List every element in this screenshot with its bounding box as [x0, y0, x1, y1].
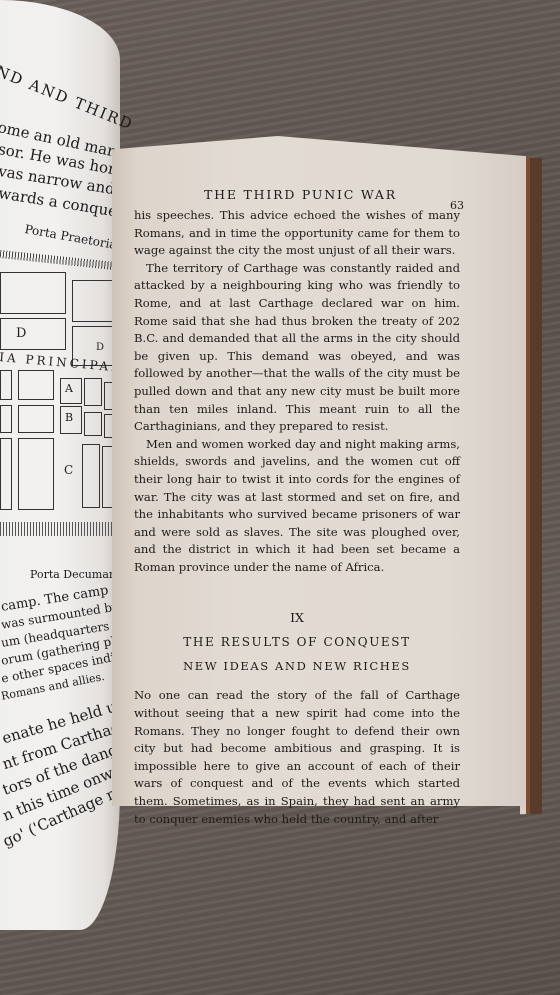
running-title: THE THIRD PUNIC WAR: [204, 187, 397, 202]
plan-block: [0, 405, 12, 433]
running-head: THE THIRD PUNIC WAR 63: [134, 187, 460, 207]
plan-block: [0, 438, 12, 510]
plan-label-d: D: [96, 342, 104, 353]
paragraph: his speeches. This advice echoed the wis…: [134, 207, 460, 260]
plan-label-d: D: [16, 326, 26, 341]
chapter-subtitle: NEW IDEAS AND NEW RICHES: [134, 659, 460, 673]
plan-block: [84, 378, 102, 406]
roman-camp-plan: Porta Praetoria D D IA PRINCIPALIS A B C…: [0, 250, 118, 550]
plan-block: [0, 370, 12, 400]
paragraph: The territory of Carthage was constantly…: [134, 260, 460, 436]
plan-wall-top: [0, 250, 115, 270]
plan-bottom-label: Porta Decumana: [30, 568, 123, 581]
plan-label-a: A: [65, 382, 73, 395]
plan-wall-bottom: [0, 522, 115, 536]
plan-block: [84, 412, 102, 436]
plan-block: [72, 280, 116, 322]
chapter-number: IX: [134, 610, 460, 625]
page-number: 63: [450, 199, 464, 212]
chapter-title: THE RESULTS OF CONQUEST: [134, 635, 460, 649]
plan-block: [18, 370, 54, 400]
plan-block: [18, 438, 54, 510]
plan-block: [82, 444, 100, 508]
plan-block: [0, 318, 66, 350]
plan-label-b: B: [65, 411, 73, 424]
right-page-content: THE THIRD PUNIC WAR 63 his speeches. Thi…: [134, 187, 460, 828]
plan-block: [0, 272, 66, 314]
paragraph: No one can read the story of the fall of…: [134, 687, 460, 828]
plan-label-c: C: [64, 463, 73, 477]
plan-block: [18, 405, 54, 433]
paragraph: Men and women worked day and night makin…: [134, 436, 460, 577]
